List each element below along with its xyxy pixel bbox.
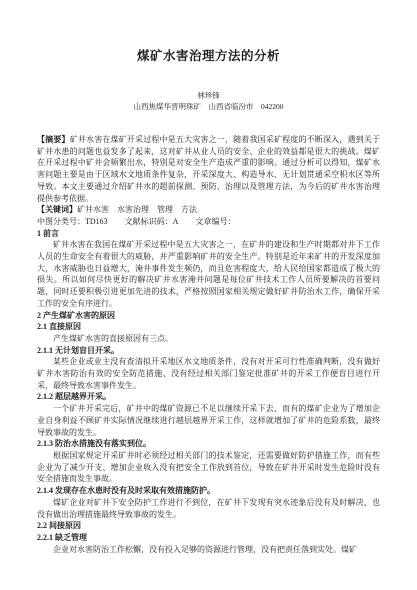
section-heading-lack-of-management: 2.2.1 缺乏管理	[37, 532, 380, 544]
paragraph-lack-of-management: 企业对水害防治工作松懈，没有投入足够的资源进行管理，没有把责任落到实处。煤矿	[37, 544, 380, 556]
abstract: 【摘要】矿井水害在煤矿开采过程中是五大灾害之一，随着我国采矿程度的不断深入，遇到…	[37, 134, 380, 204]
section-heading-unplanned-mining: 2.1.1 无计划盲目开采。	[37, 345, 380, 357]
paragraph-foreword: 矿井水害在我国在煤矿开采过程中是五大灾害之一，在矿井的建设和生产时期都对井下工作…	[37, 239, 380, 309]
doc-title: 煤矿水害治理方法的分析	[37, 49, 380, 64]
meta-line: 中图分类号：TD163文献标识码：A文章编号：	[37, 216, 380, 228]
section-heading-direct-causes: 2.1 直接原因	[37, 321, 380, 333]
keywords-text: 矿井水害 水害治理 管理 方法	[77, 205, 197, 214]
abstract-text: 矿井水害在煤矿开采过程中是五大灾害之一，随着我国采矿程度的不断深入，遇到关于矿井…	[37, 135, 380, 203]
section-heading-no-timely-protection: 2.1.4 发现存在水患时没有及时采取有效措施防护。	[37, 485, 380, 497]
paragraph-boundary-mining: 一个矿井开采完后，矿井中的煤矿资源已不足以继续开采下去，而有的煤矿企业为了增加企…	[37, 403, 380, 438]
author: 林珍锋	[37, 90, 380, 101]
document-page: 煤矿水害治理方法的分析 林珍锋 山西焦煤华晋明珠矿 山西省临汾市 042200 …	[0, 0, 417, 590]
section-heading-boundary-mining: 2.1.2 超层越界开采。	[37, 391, 380, 403]
paragraph-direct-causes-intro: 产生煤矿水害的直接原因有三点。	[37, 333, 380, 345]
abstract-label: 【摘要】	[37, 135, 70, 144]
article-id: 文章编号：	[195, 217, 235, 226]
paragraph-no-timely-protection: 煤矿企业对矿井下安全防护工作进行不到位，在矿井下发现有突水迹象后没有及时解决，也…	[37, 497, 380, 520]
section-heading-indirect-causes: 2.2 间接原因	[37, 520, 380, 532]
keywords-label: 【关键词】	[37, 205, 77, 214]
document-code: 文献标识码：A	[125, 217, 179, 226]
clc-number: 中图分类号：TD163	[37, 217, 108, 226]
section-heading-causes: 2 产生煤矿水害的原因	[37, 310, 380, 322]
paragraph-measures-not-implemented: 根据国家规定开采矿井时必须经过相关部门的技术鉴定，还需要做好防护措施工作，而有些…	[37, 450, 380, 485]
keywords: 【关键词】矿井水害 水害治理 管理 方法	[37, 204, 380, 216]
section-heading-foreword: 1 前言	[37, 228, 380, 240]
paragraph-unplanned-mining: 某些企业或业主没有查清拟开采地区水文地质条件，没有对开采可行性准确判断，没有做好…	[37, 356, 380, 391]
affiliation: 山西焦煤华晋明珠矿 山西省临汾市 042200	[37, 101, 380, 112]
section-heading-measures-not-implemented: 2.1.3 防治水措施没有落实到位。	[37, 438, 380, 450]
byline: 林珍锋 山西焦煤华晋明珠矿 山西省临汾市 042200	[37, 90, 380, 112]
